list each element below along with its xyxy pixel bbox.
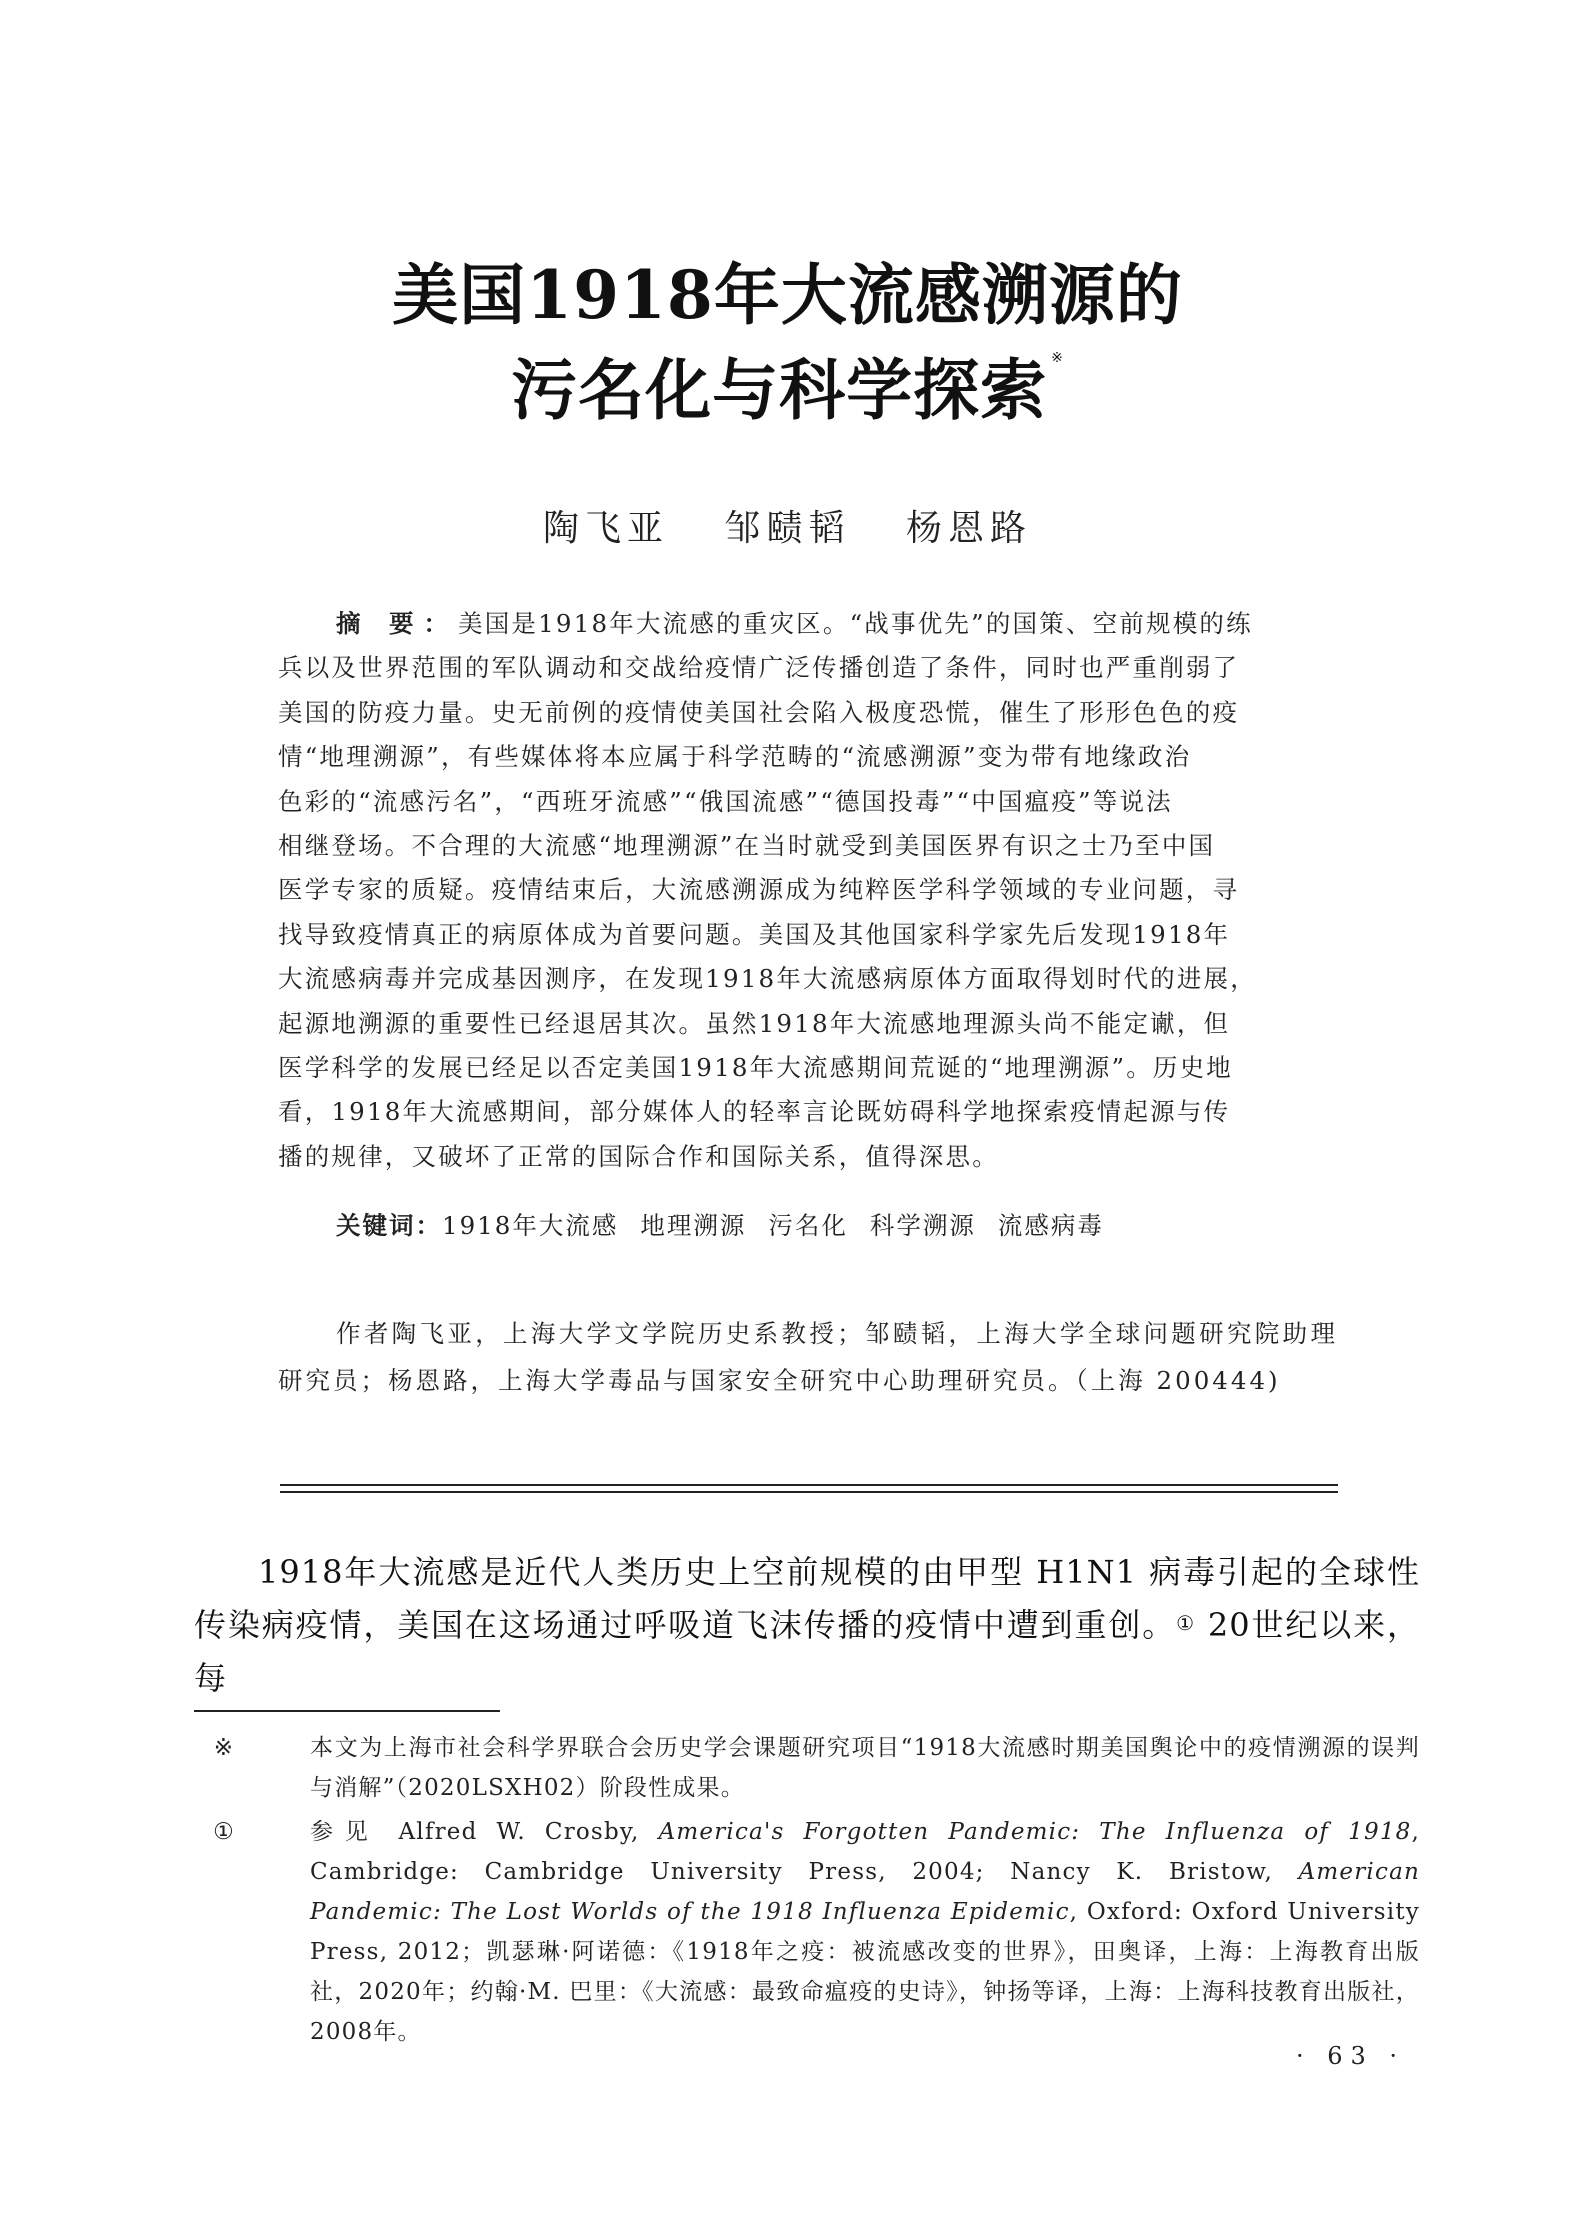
abstract-label: 摘 要： xyxy=(336,609,458,638)
title-footnote-mark: ※ xyxy=(1051,350,1064,366)
footnote: ① 参见 Alfred W. Crosby, America's Forgott… xyxy=(194,1812,1420,2052)
footnote-mark: ※ xyxy=(194,1728,254,1768)
keyword: 污名化 xyxy=(768,1211,848,1240)
author-name: 杨恩路 xyxy=(906,508,1032,549)
footnote-book-title: America's Forgotten Pandemic: The Influe… xyxy=(659,1819,1412,1845)
author-name: 陶飞亚 xyxy=(543,508,669,549)
author-affiliation: 作者陶飞亚，上海大学文学院历史系教授；邹赜韬，上海大学全球问题研究院助理研究员；… xyxy=(278,1310,1338,1404)
footnote-mark: ① xyxy=(194,1812,254,1852)
abstract-line: 美国的防疫力量。史无前例的疫情使美国社会陷入极度恐慌，催生了形形色色的疫 xyxy=(278,691,1338,735)
abstract-line: 摘 要：美国是1918年大流感的重灾区。“战事优先”的国策、空前规模的练 xyxy=(278,602,1338,646)
footnote-ref[interactable]: ① xyxy=(1176,1611,1196,1635)
keyword: 地理溯源 xyxy=(640,1211,746,1240)
body-text: 1918年大流感是近代人类历史上空前规模的由甲型 H1N1 病毒引起的全球性传染… xyxy=(194,1546,1420,1705)
footnote-text: 本文为上海市社会科学界联合会历史学会课题研究项目“1918大流感时期美国舆论中的… xyxy=(310,1728,1420,1808)
footnote-segment: 参见 Alfred W. Crosby, xyxy=(310,1819,659,1845)
author-name: 邹赜韬 xyxy=(724,508,850,549)
abstract-line: 医学专家的质疑。疫情结束后，大流感溯源成为纯粹医学科学领域的专业问题，寻 xyxy=(278,868,1338,912)
abstract-line: 医学科学的发展已经足以否定美国1918年大流感期间荒诞的“地理溯源”。历史地 xyxy=(278,1046,1338,1090)
article-title-line-1: 美国1918年大流感溯源的 xyxy=(0,262,1575,328)
author-list: 陶飞亚 邹赜韬 杨恩路 xyxy=(0,500,1575,551)
body-paragraph: 1918年大流感是近代人类历史上空前规模的由甲型 H1N1 病毒引起的全球性传染… xyxy=(194,1546,1420,1705)
article-title-line-2-text: 污名化与科学探索 xyxy=(511,351,1047,429)
abstract-line: 起源地溯源的重要性已经退居其次。虽然1918年大流感地理源头尚不能定谳，但 xyxy=(278,1002,1338,1046)
abstract-line: 看，1918年大流感期间，部分媒体人的轻率言论既妨碍科学地探索疫情起源与传 xyxy=(278,1090,1338,1134)
footnote: ※ 本文为上海市社会科学界联合会历史学会课题研究项目“1918大流感时期美国舆论… xyxy=(194,1728,1420,1808)
abstract: 摘 要：美国是1918年大流感的重灾区。“战事优先”的国策、空前规模的练 兵以及… xyxy=(278,602,1338,1179)
keyword: 流感病毒 xyxy=(998,1211,1104,1240)
keywords: 关键词：1918年大流感地理溯源污名化科学溯源流感病毒 xyxy=(336,1207,1126,1242)
section-divider-top xyxy=(280,1484,1338,1486)
section-divider-bottom xyxy=(280,1491,1338,1493)
keyword: 科学溯源 xyxy=(870,1211,976,1240)
abstract-line: 色彩的“流感污名”，“西班牙流感”“俄国流感”“德国投毒”“中国瘟疫”等说法 xyxy=(278,780,1338,824)
abstract-line: 播的规律，又破坏了正常的国际合作和国际关系，值得深思。 xyxy=(278,1135,1338,1179)
abstract-line: 情“地理溯源”，有些媒体将本应属于科学范畴的“流感溯源”变为带有地缘政治 xyxy=(278,735,1338,779)
keywords-label: 关键词： xyxy=(336,1211,442,1240)
abstract-line: 大流感病毒并完成基因测序，在发现1918年大流感病原体方面取得划时代的进展， xyxy=(278,957,1338,1001)
abstract-line: 相继登场。不合理的大流感“地理溯源”在当时就受到美国医界有识之士乃至中国 xyxy=(278,824,1338,868)
footnote-text: 参见 Alfred W. Crosby, America's Forgotten… xyxy=(310,1812,1420,2052)
keyword: 1918年大流感 xyxy=(442,1211,618,1240)
footnote-separator xyxy=(194,1710,500,1712)
abstract-line-text: 美国是1918年大流感的重灾区。“战事优先”的国策、空前规模的练 xyxy=(458,609,1253,638)
page-number: · 63 · xyxy=(1296,2042,1405,2070)
article-title-line-2: 污名化与科学探索※ xyxy=(0,357,1575,423)
abstract-line: 找导致疫情真正的病原体成为首要问题。美国及其他国家科学家先后发现1918年 xyxy=(278,913,1338,957)
abstract-line: 兵以及世界范围的军队调动和交战给疫情广泛传播创造了条件，同时也严重削弱了 xyxy=(278,646,1338,690)
